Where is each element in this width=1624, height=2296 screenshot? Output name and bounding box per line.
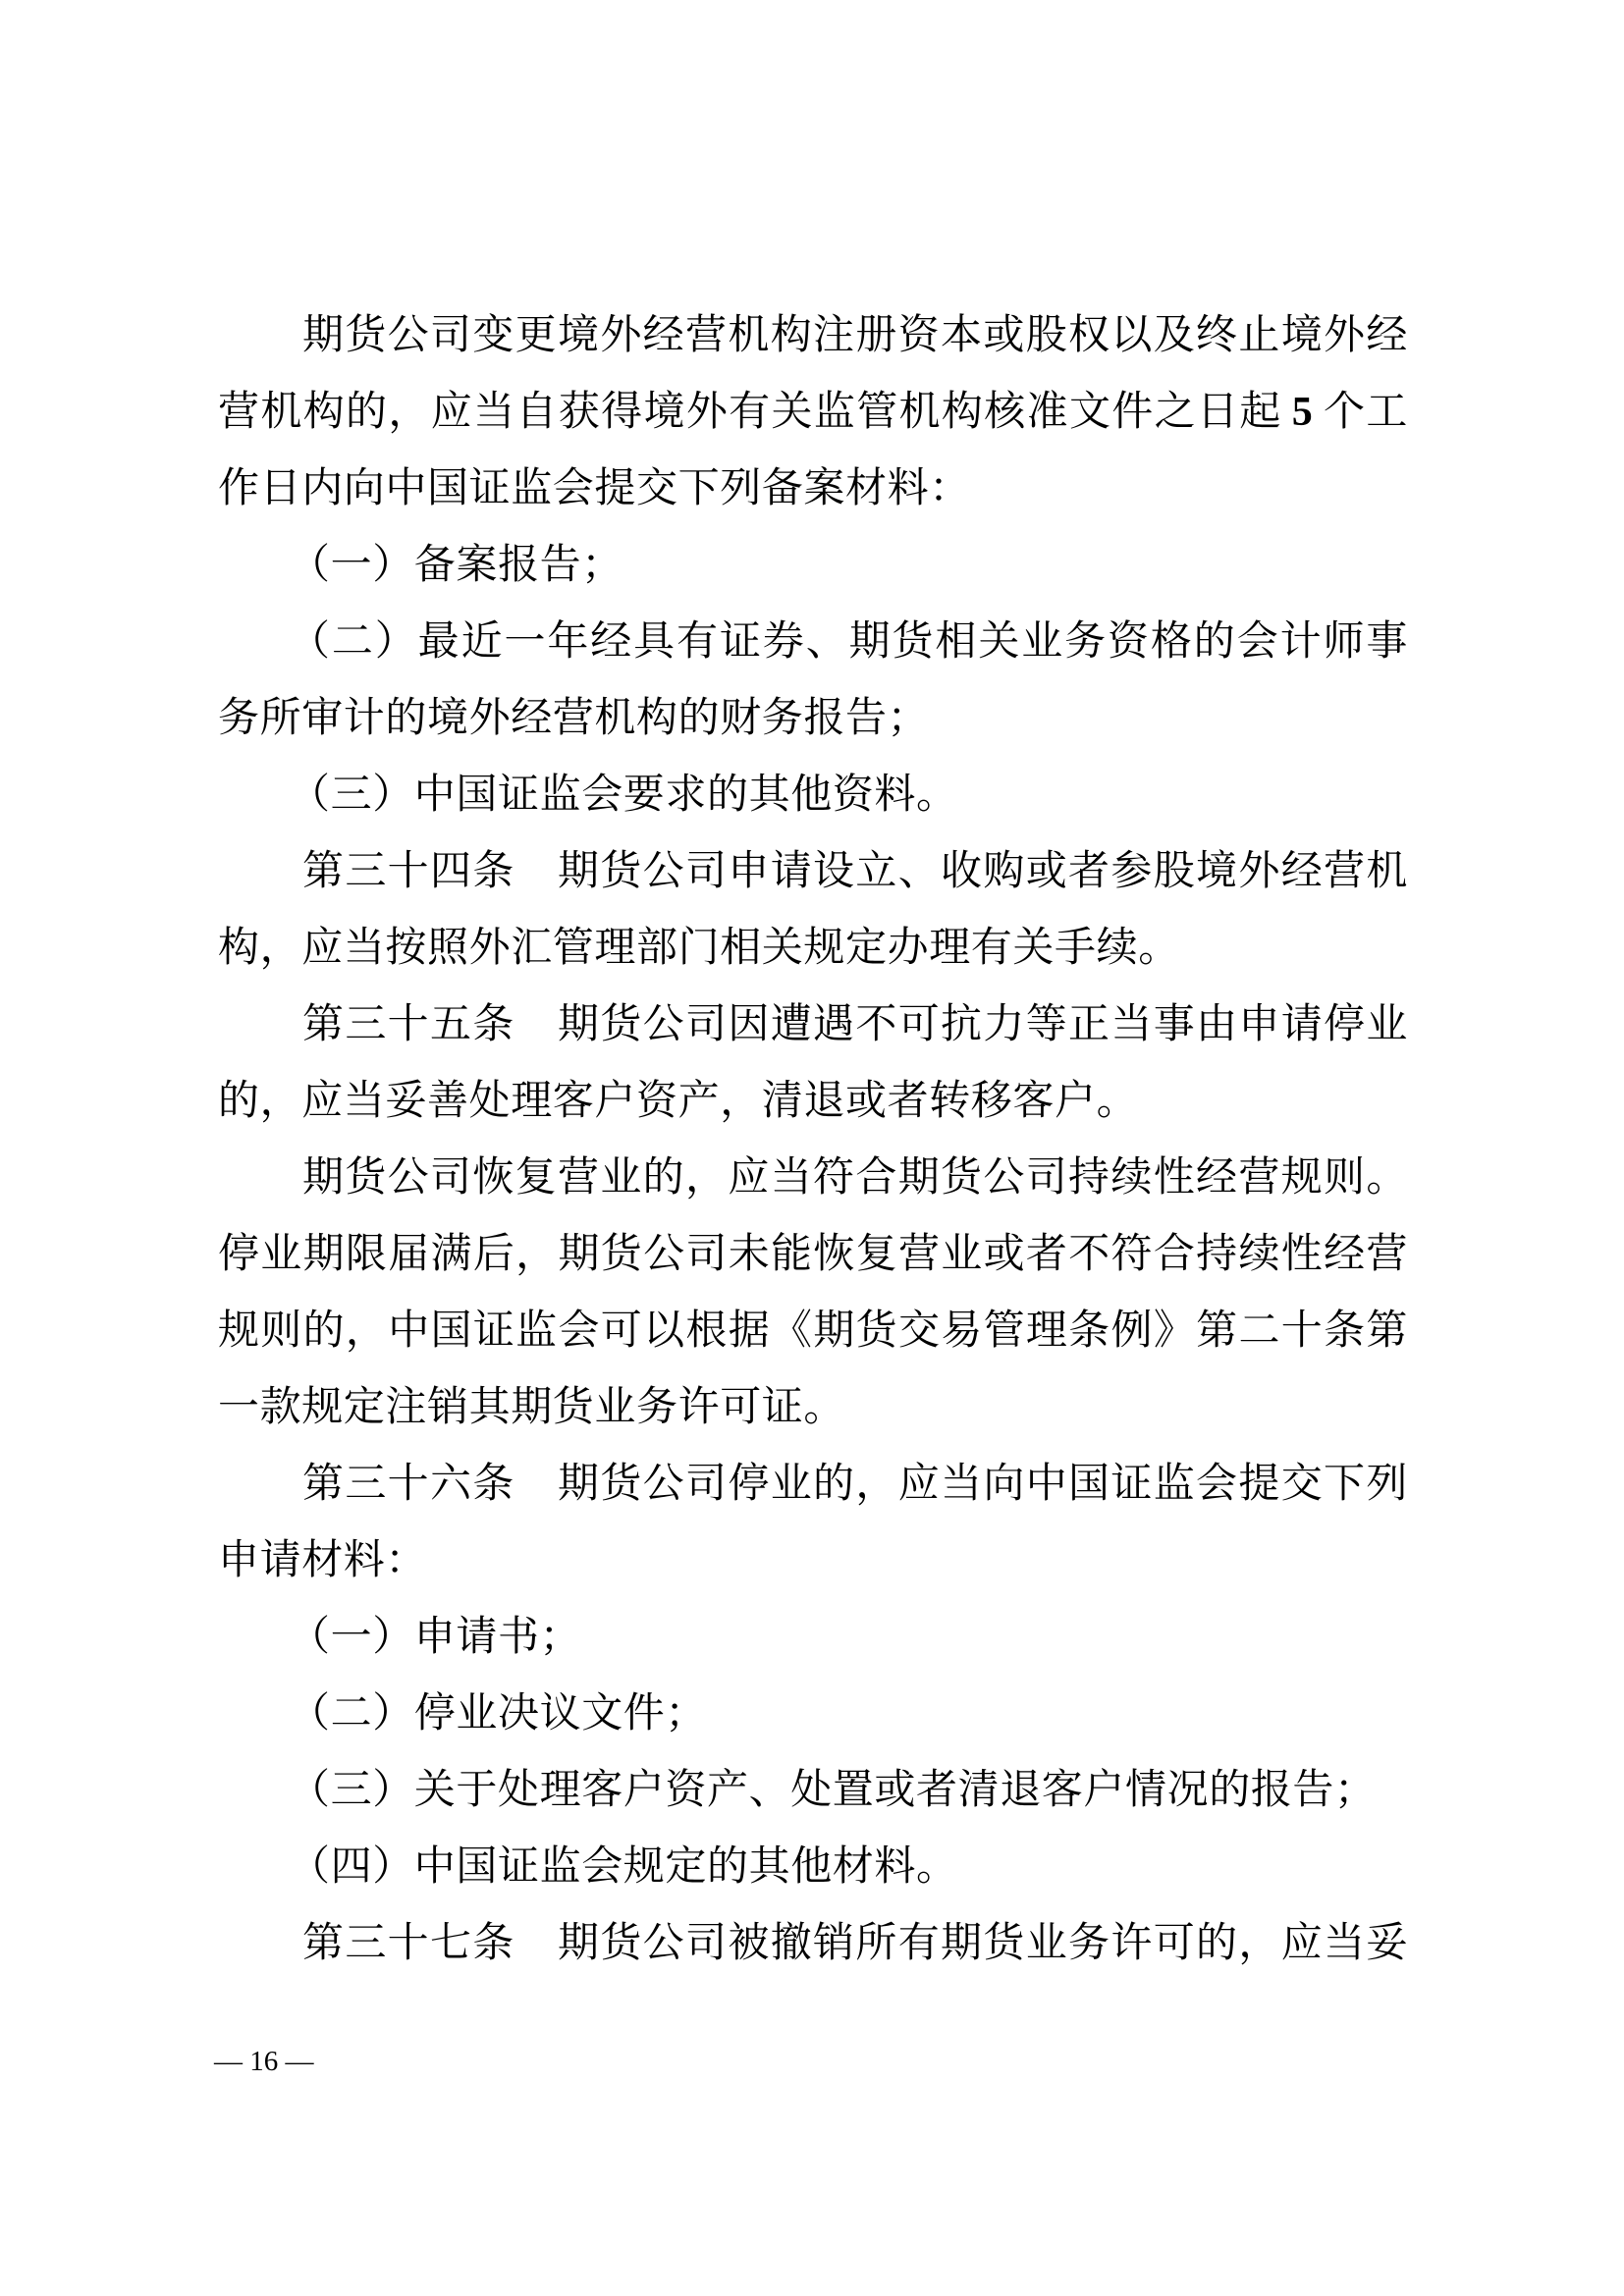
day-count-number: 5 [1282, 390, 1324, 435]
paragraph-line: 一款规定注销其期货业务许可证。 [218, 1368, 845, 1445]
list-item: （二）停业决议文件； [218, 1675, 707, 1751]
list-item-continuation: 务所审计的境外经营机构的财务报告； [218, 679, 929, 756]
paragraph-line: 申请材料： [218, 1522, 427, 1598]
paragraph-line: 规则的，中国证监会可以根据《期货交易管理条例》第二十条第 [218, 1292, 1408, 1368]
paragraph-line: 构，应当按照外汇管理部门相关规定办理有关手续。 [218, 909, 1180, 986]
article-35-heading-line: 第三十五条 期货公司因遭遇不可抗力等正当事由申请停业 [218, 986, 1408, 1062]
article-34-heading-line: 第三十四条 期货公司申请设立、收购或者参股境外经营机 [218, 832, 1408, 909]
paragraph-line: 停业期限届满后，期货公司未能恢复营业或者不符合持续性经营 [218, 1215, 1408, 1292]
document-page: 期货公司变更境外经营机构注册资本或股权以及终止境外经 营机构的，应当自获得境外有… [0, 0, 1624, 2296]
line-text: 个工 [1323, 387, 1408, 435]
list-item: （一）备案报告； [218, 526, 623, 603]
paragraph-line: 作日内向中国证监会提交下列备案材料： [218, 450, 971, 526]
article-36-heading-line: 第三十六条 期货公司停业的，应当向中国证监会提交下列 [218, 1445, 1408, 1522]
page-number: — 16 — [214, 2042, 314, 2081]
paragraph-line: 营机构的，应当自获得境外有关监管机构核准文件之日起5个工 [218, 373, 1408, 450]
paragraph-line: 的，应当妥善处理客户资产，清退或者转移客户。 [218, 1062, 1138, 1139]
list-item: （一）申请书； [218, 1598, 581, 1675]
list-item: （三）中国证监会要求的其他资料。 [218, 756, 958, 832]
article-37-heading-line: 第三十七条 期货公司被撤销所有期货业务许可的，应当妥 [218, 1904, 1408, 1981]
line-text: 营机构的，应当自获得境外有关监管机构核准文件之日起 [218, 387, 1282, 435]
list-item: （二）最近一年经具有证券、期货相关业务资格的会计师事 [218, 603, 1408, 679]
paragraph-line: 期货公司变更境外经营机构注册资本或股权以及终止境外经 [218, 296, 1408, 373]
list-item: （三）关于处理客户资产、处置或者清退客户情况的报告； [218, 1751, 1377, 1828]
list-item: （四）中国证监会规定的其他材料。 [218, 1828, 958, 1904]
paragraph-line: 期货公司恢复营业的，应当符合期货公司持续性经营规则。 [218, 1139, 1408, 1215]
